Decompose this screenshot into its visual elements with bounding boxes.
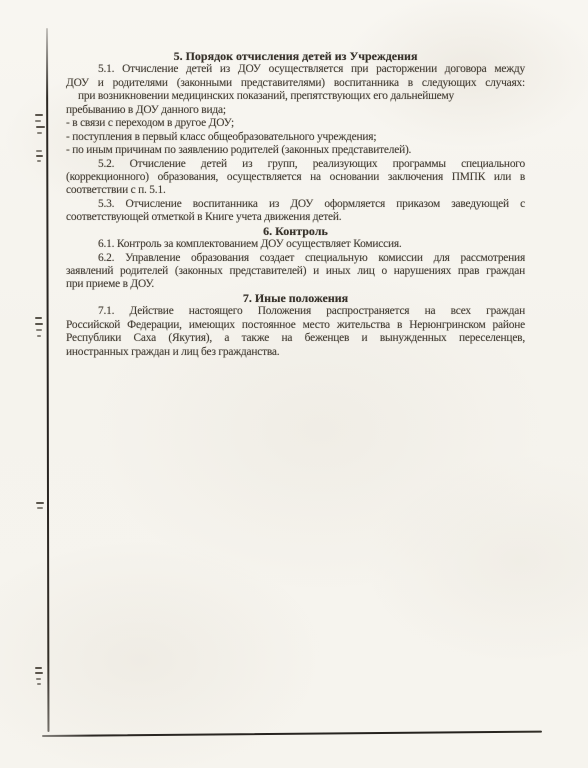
torn-edge-mark	[36, 150, 42, 152]
torn-edge-mark	[37, 683, 41, 685]
torn-edge-mark	[35, 114, 43, 116]
torn-edge-mark	[35, 317, 42, 319]
torn-edge-mark	[35, 667, 42, 669]
torn-edge-mark	[36, 678, 41, 680]
text-line-5-1b: ДОУ и родителями (законными представител…	[66, 77, 525, 90]
text-line-6-2a: 6.2. Управление образования создает спец…	[66, 252, 525, 265]
text-line-5-1a: 5.1. Отчисление детей из ДОУ осуществляе…	[66, 63, 525, 76]
text-line-7-1a: 7.1. Действие настоящего Положения распр…	[66, 305, 525, 318]
torn-edge-mark	[37, 335, 41, 337]
torn-edge-mark	[37, 507, 43, 509]
text-line-bullet-3: - по иным причинам по заявлению родителе…	[66, 144, 525, 157]
torn-edge-mark	[35, 323, 43, 325]
text-line-6-2b: заявлений родителей (законных представит…	[66, 265, 525, 278]
text-line-5-1c: при возникновении медицинских показаний,…	[66, 90, 525, 103]
torn-edge-mark	[37, 132, 42, 134]
section-heading-6: 6. Контроль	[66, 225, 525, 238]
document-text: 5. Порядок отчисления детей из Учреждени…	[66, 50, 525, 359]
text-line-7-1b: Российской Федерации, имеющих постоянное…	[66, 319, 525, 332]
text-line-5-3a: 5.3. Отчисление воспитанника из ДОУ офор…	[66, 198, 525, 211]
torn-edge-mark	[36, 502, 44, 504]
text-line-7-1c: Республики Саха (Якутия), а также на беж…	[66, 332, 525, 345]
text-line-5-3b: соответствующей отметкой в Книге учета д…	[66, 211, 525, 224]
page-bottom-edge-line	[42, 731, 542, 737]
text-line-7-1d: иностранных граждан и лиц без гражданств…	[66, 346, 525, 359]
text-line-6-2c: при приеме в ДОУ.	[66, 278, 525, 291]
torn-edge-mark	[37, 160, 41, 162]
torn-edge-mark	[36, 155, 43, 157]
scanned-page: 5. Порядок отчисления детей из Учреждени…	[0, 0, 588, 768]
torn-edge-mark	[35, 120, 41, 122]
text-line-bullet-2: - поступления в первый класс общеобразов…	[66, 131, 525, 144]
text-line-bullet-1: - в связи с переходом в другое ДОУ;	[66, 117, 525, 130]
text-line-5-2c: соответствии с п. 5.1.	[66, 184, 525, 197]
text-line-5-2b: (коррекционного) образования, осуществля…	[66, 171, 525, 184]
section-heading-7: 7. Иные положения	[66, 292, 525, 305]
torn-edge-mark	[36, 329, 42, 331]
section-heading-5: 5. Порядок отчисления детей из Учреждени…	[66, 50, 525, 63]
text-line-5-1d: пребыванию в ДОУ данного вида;	[66, 104, 525, 117]
text-line-6-1: 6.1. Контроль за комплектованием ДОУ осу…	[66, 238, 525, 251]
torn-edge-mark	[35, 672, 43, 674]
text-line-5-2a: 5.2. Отчисление детей из групп, реализую…	[66, 158, 525, 171]
torn-edge-mark	[36, 126, 45, 128]
page-left-edge-line	[46, 28, 49, 732]
